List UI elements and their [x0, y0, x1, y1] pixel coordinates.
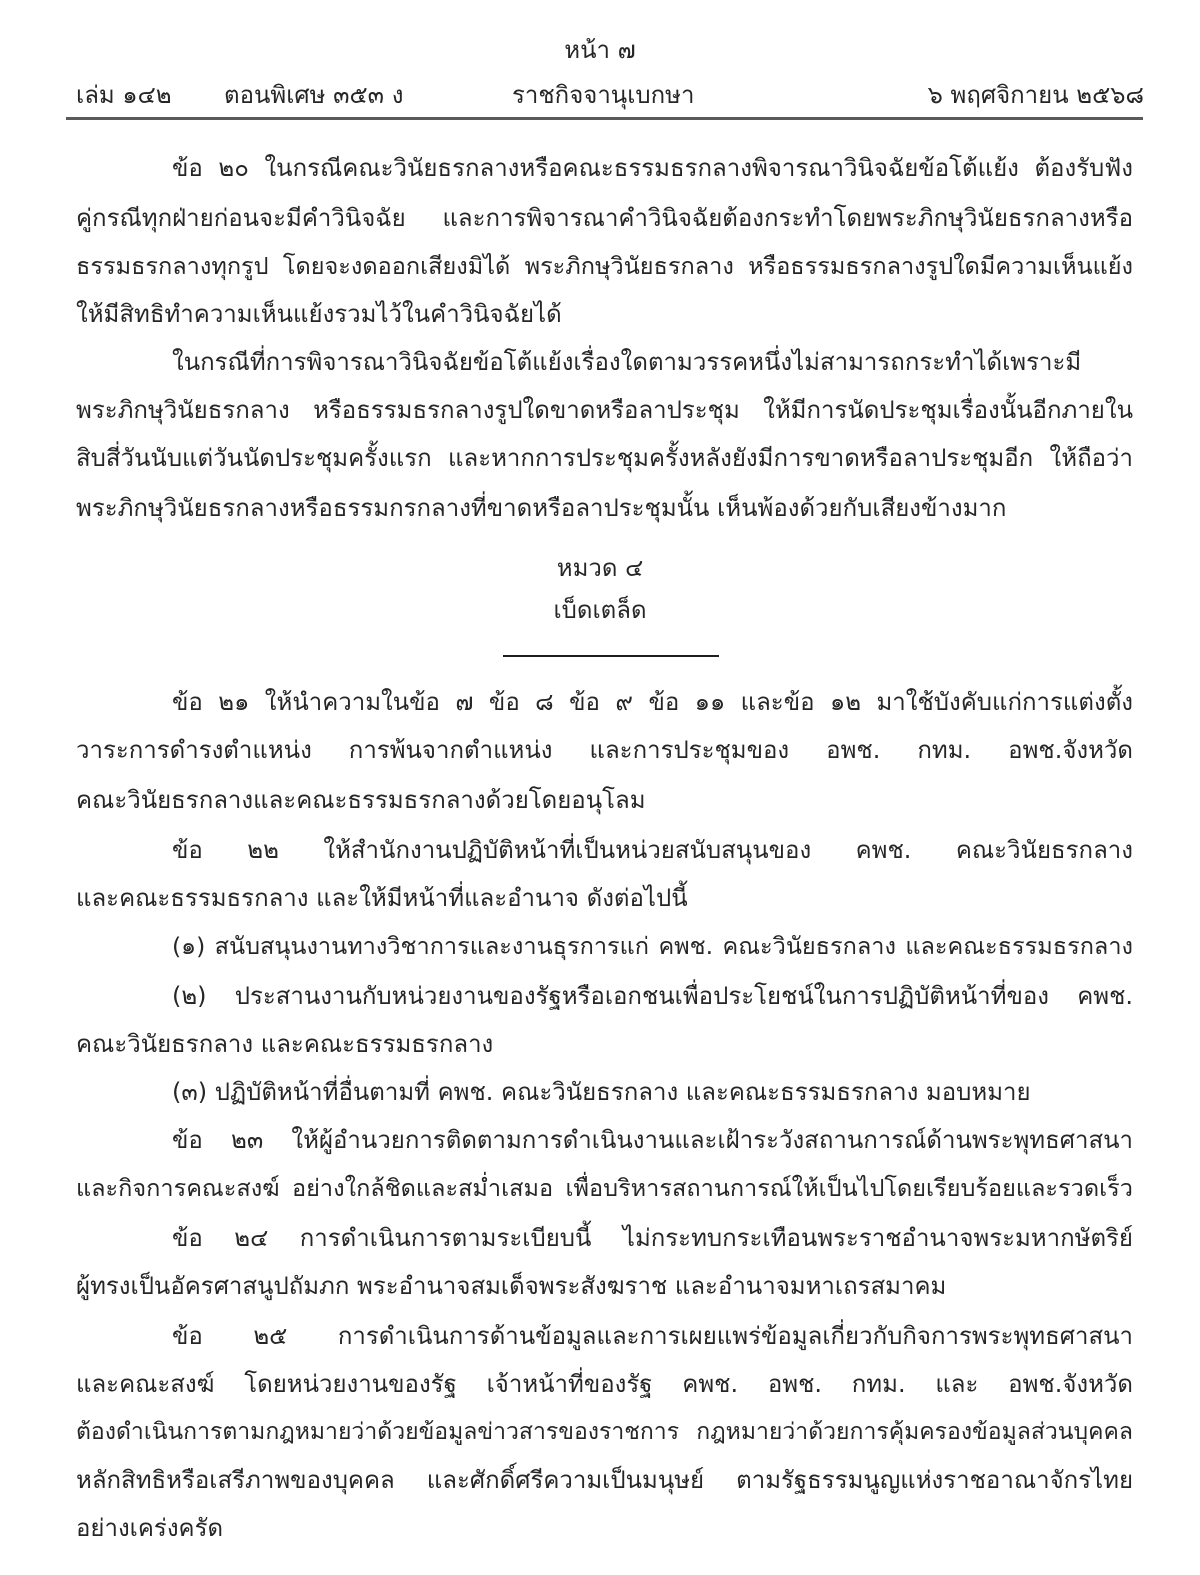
clause-20-para2-line: ในกรณีที่การพิจารณาวินิจฉัยข้อโต้แย้งเรื…	[172, 340, 1133, 384]
section-rule	[503, 655, 719, 657]
clause-20-line: คู่กรณีทุกฝ่ายก่อนจะมีคำวินิจฉัย และการพ…	[76, 196, 1133, 240]
clause-20-line: ข้อ ๒๐ ในกรณีคณะวินัยธรกลางหรือคณะธรรมธร…	[172, 146, 1133, 190]
clause-22-item-3: (๓) ปฏิบัติหน้าที่อื่นตามที่ คพช. คณะวิน…	[172, 1070, 1133, 1114]
clause-20-para2-line: พระภิกษุวินัยธรกลางหรือธรรมกรกลางที่ขาดห…	[76, 486, 1133, 530]
clause-21-line: ข้อ ๒๑ ให้นำความในข้อ ๗ ข้อ ๘ ข้อ ๙ ข้อ …	[172, 680, 1133, 724]
clause-24-line: ข้อ ๒๔ การดำเนินการตามระเบียบนี้ ไม่กระท…	[172, 1216, 1133, 1260]
clause-20-para2-line: สิบสี่วันนับแต่วันนัดประชุมครั้งแรก และห…	[76, 436, 1133, 480]
issue-number: ตอนพิเศษ ๓๕๓ ง	[224, 75, 403, 115]
gazette-title: ราชกิจจานุเบกษา	[512, 75, 694, 115]
clause-21-line: คณะวินัยธรกลางและคณะธรรมธรกลางด้วยโดยอนุ…	[76, 778, 1133, 822]
clause-22-item-2: (๒) ประสานงานกับหน่วยงานของรัฐหรือเอกชนเ…	[172, 974, 1133, 1018]
clause-23-line: ข้อ ๒๓ ให้ผู้อำนวยการติดตามการดำเนินงานแ…	[172, 1118, 1133, 1162]
chapter-title: เบ็ดเตล็ด	[0, 588, 1200, 632]
clause-20-line: ให้มีสิทธิทำความเห็นแย้งรวมไว้ในคำวินิจฉ…	[76, 292, 1133, 336]
clause-25-line: ต้องดำเนินการตามกฎหมายว่าด้วยข้อมูลข่าวส…	[76, 1410, 1133, 1454]
clause-25-line: ข้อ ๒๕ การดำเนินการด้านข้อมูลและการเผยแพ…	[172, 1314, 1133, 1358]
clause-25-line: อย่างเคร่งครัด	[76, 1506, 1133, 1550]
clause-22-item-2-cont: คณะวินัยธรกลาง และคณะธรรมธรกลาง	[76, 1022, 1133, 1066]
chapter-number: หมวด ๔	[0, 546, 1200, 590]
clause-20-line: ธรรมธรกลางทุกรูป โดยจะงดออกเสียงมิได้ พร…	[76, 244, 1133, 288]
clause-24-line: ผู้ทรงเป็นอัครศาสนูปถัมภก พระอำนาจสมเด็จ…	[76, 1264, 1133, 1308]
clause-20-para2-line: พระภิกษุวินัยธรกลาง หรือธรรมธรกลางรูปใดข…	[76, 388, 1133, 432]
header-rule	[66, 117, 1143, 120]
volume-number: เล่ม ๑๔๒	[76, 75, 172, 115]
clause-22-line: และคณะธรรมธรกลาง และให้มีหน้าที่และอำนาจ…	[76, 876, 1133, 920]
publication-date: ๖ พฤศจิกายน ๒๕๖๘	[928, 75, 1144, 115]
clause-23-line: และกิจการคณะสงฆ์ อย่างใกล้ชิดและสม่ำเสมอ…	[76, 1166, 1133, 1210]
clause-22-item-1: (๑) สนับสนุนงานทางวิชาการและงานธุรการแก่…	[172, 924, 1133, 968]
clause-25-line: หลักสิทธิหรือเสรีภาพของบุคคล และศักดิ์ศร…	[76, 1458, 1133, 1502]
page-number: หน้า ๗	[0, 30, 1200, 70]
gazette-header: เล่ม ๑๔๒ ตอนพิเศษ ๓๕๓ ง ราชกิจจานุเบกษา …	[76, 75, 1144, 115]
clause-22-line: ข้อ ๒๒ ให้สำนักงานปฏิบัติหน้าที่เป็นหน่ว…	[172, 828, 1133, 872]
clause-21-line: วาระการดำรงตำแหน่ง การพ้นจากตำแหน่ง และก…	[76, 728, 1133, 772]
clause-25-line: และคณะสงฆ์ โดยหน่วยงานของรัฐ เจ้าหน้าที่…	[76, 1362, 1133, 1406]
